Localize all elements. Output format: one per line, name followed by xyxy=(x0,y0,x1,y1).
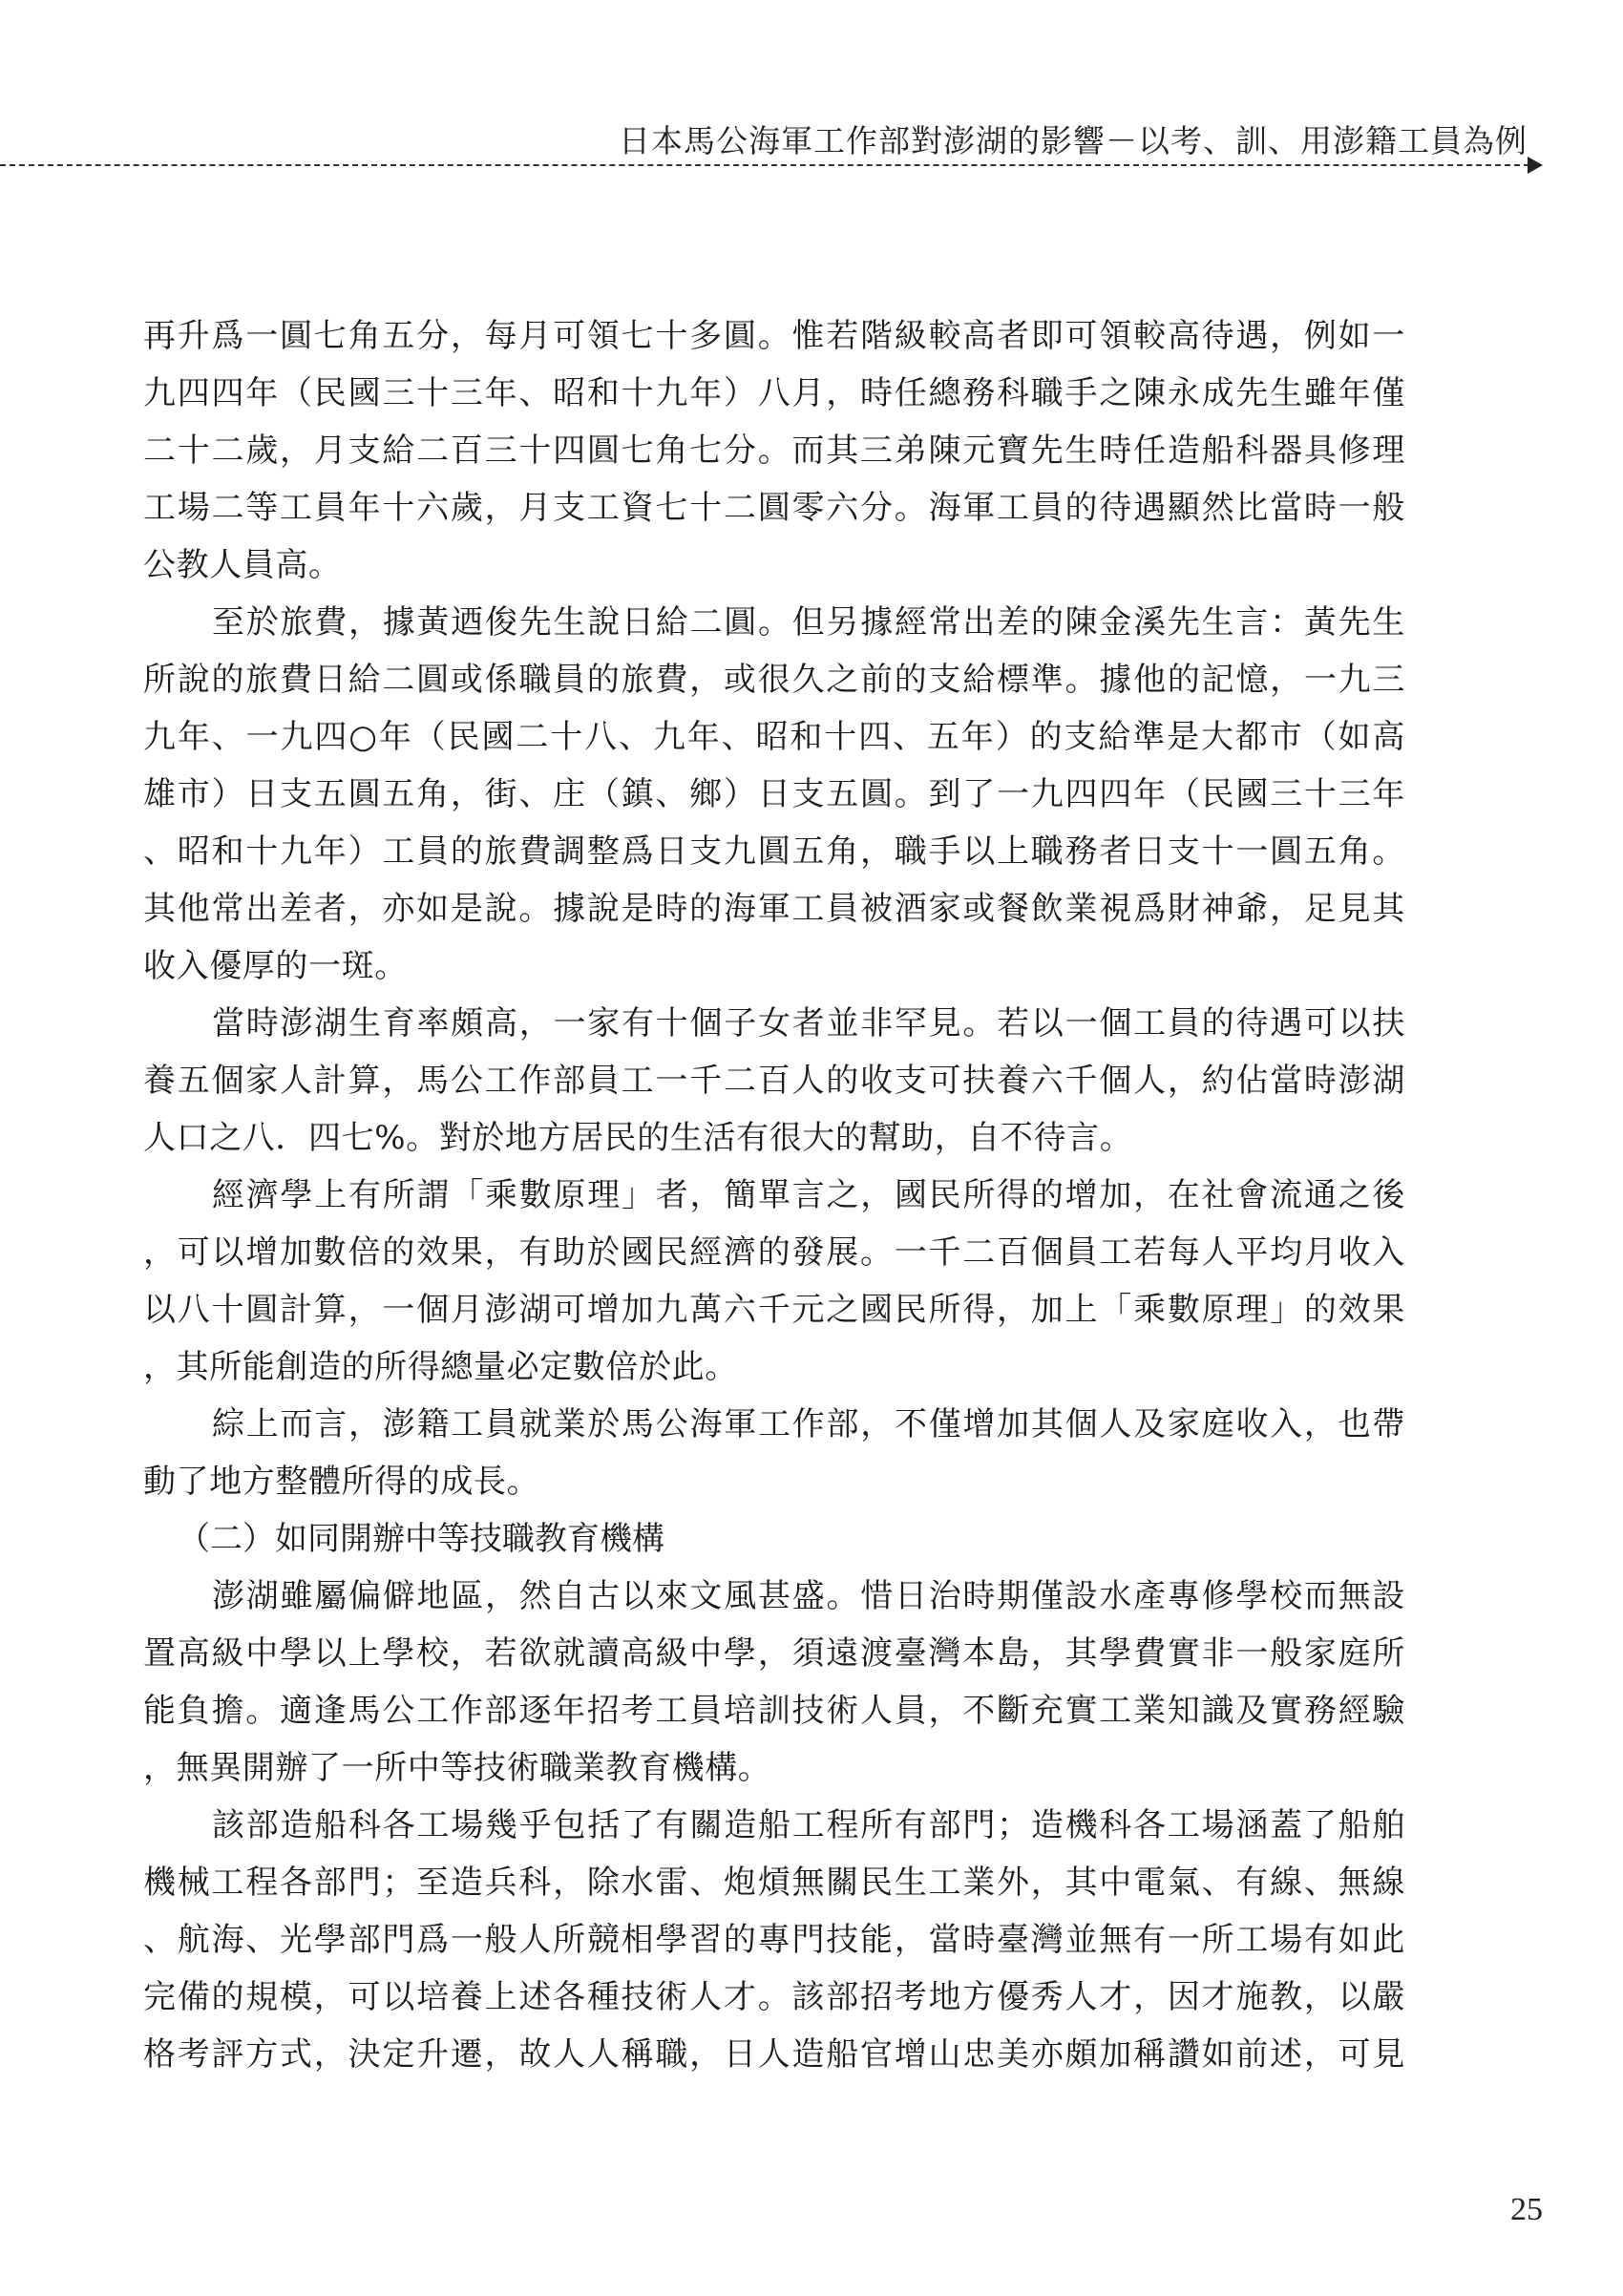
text-line: ，其所能創造的所得總量必定數倍於此。 xyxy=(143,1338,1405,1396)
text-line: 養五個家人計算，馬公工作部員工一千二百人的收支可扶養六千個人，約佔當時澎湖 xyxy=(143,1052,1405,1109)
text-line: 綜上而言，澎籍工員就業於馬公海軍工作部，不僅增加其個人及家庭收入，也帶 xyxy=(143,1396,1405,1453)
text-line: 再升爲一圓七角五分，每月可領七十多圓。惟若階級較高者即可領較高待遇，例如一 xyxy=(143,307,1405,365)
text-line: 二十二歲，月支給二百三十四圓七角七分。而其三弟陳元寶先生時任造船科器具修理 xyxy=(143,422,1405,479)
text-line: 工場二等工員年十六歲，月支工資七十二圓零六分。海軍工員的待遇顯然比當時一般 xyxy=(143,479,1405,537)
text-line: 動了地方整體所得的成長。 xyxy=(143,1453,1405,1510)
section-heading: （二）如同開辦中等技職教育機構 xyxy=(143,1510,1405,1568)
text-line: 當時澎湖生育率頗高，一家有十個子女者並非罕見。若以一個工員的待遇可以扶 xyxy=(143,995,1405,1052)
text-line: 澎湖雖屬偏僻地區，然自古以來文風甚盛。惜日治時期僅設水產專修學校而無設 xyxy=(143,1568,1405,1625)
text-line: 以八十圓計算，一個月澎湖可增加九萬六千元之國民所得，加上「乘數原理」的效果 xyxy=(143,1281,1405,1338)
text-line: 、航海、光學部門爲一般人所競相學習的專門技能，當時臺灣並無有一所工場有如此 xyxy=(143,1911,1405,1969)
text-line: 雄市）日支五圓五角，街、庄（鎮、鄉）日支五圓。到了一九四四年（民國三十三年 xyxy=(143,766,1405,823)
text-line: 該部造船科各工場幾乎包括了有關造船工程所有部門；造機科各工場涵蓋了船舶 xyxy=(143,1797,1405,1854)
text-line: 公教人員高。 xyxy=(143,537,1405,594)
text-line: 人口之八．四七%。對於地方居民的生活有很大的幫助，自不待言。 xyxy=(143,1109,1405,1167)
text-line: 所說的旅費日給二圓或係職員的旅費，或很久之前的支給標準。據他的記憶，一九三 xyxy=(143,651,1405,708)
running-header-title: 日本馬公海軍工作部對澎湖的影響－以考、訓、用澎籍工員為例 xyxy=(619,116,1528,161)
page-number: 25 xyxy=(1510,2192,1543,2228)
text-line: 其他常出差者，亦如是說。據說是時的海軍工員被酒家或餐飲業視爲財神爺，足見其 xyxy=(143,880,1405,937)
text-line: ，無異開辦了一所中等技術職業教育機構。 xyxy=(143,1739,1405,1797)
body-text: 再升爲一圓七角五分，每月可領七十多圓。惟若階級較高者即可領較高待遇，例如一 九四… xyxy=(143,307,1405,2083)
text-line: 九年、一九四○年（民國二十八、九年、昭和十四、五年）的支給準是大都市（如高 xyxy=(143,708,1405,766)
text-line: 能負擔。適逢馬公工作部逐年招考工員培訓技術人員，不斷充實工業知識及實務經驗 xyxy=(143,1682,1405,1739)
text-line: 完備的規模，可以培養上述各種技術人才。該部招考地方優秀人才，因才施教，以嚴 xyxy=(143,1969,1405,2026)
text-line: 九四四年（民國三十三年、昭和十九年）八月，時任總務科職手之陳永成先生雖年僅 xyxy=(143,365,1405,422)
text-line: ，可以增加數倍的效果，有助於國民經濟的發展。一千二百個員工若每人平均月收入 xyxy=(143,1224,1405,1281)
text-line: 至於旅費，據黃迺俊先生說日給二圓。但另據經常出差的陳金溪先生言：黃先生 xyxy=(143,594,1405,651)
arrow-right-icon xyxy=(1528,157,1543,174)
text-line: 機械工程各部門；至造兵科，除水雷、炮熕無關民生工業外，其中電氣、有線、無線 xyxy=(143,1854,1405,1911)
header-dashed-rule xyxy=(0,164,1529,166)
text-line: 置高級中學以上學校，若欲就讀高級中學，須遠渡臺灣本島，其學費實非一般家庭所 xyxy=(143,1625,1405,1682)
text-line: 格考評方式，決定升遷，故人人稱職，日人造船官增山忠美亦頗加稱讚如前述，可見 xyxy=(143,2026,1405,2083)
text-line: 、昭和十九年）工員的旅費調整爲日支九圓五角，職手以上職務者日支十一圓五角。 xyxy=(143,823,1405,880)
text-line: 收入優厚的一斑。 xyxy=(143,937,1405,995)
text-line: 經濟學上有所謂「乘數原理」者，簡單言之，國民所得的增加，在社會流通之後 xyxy=(143,1167,1405,1224)
